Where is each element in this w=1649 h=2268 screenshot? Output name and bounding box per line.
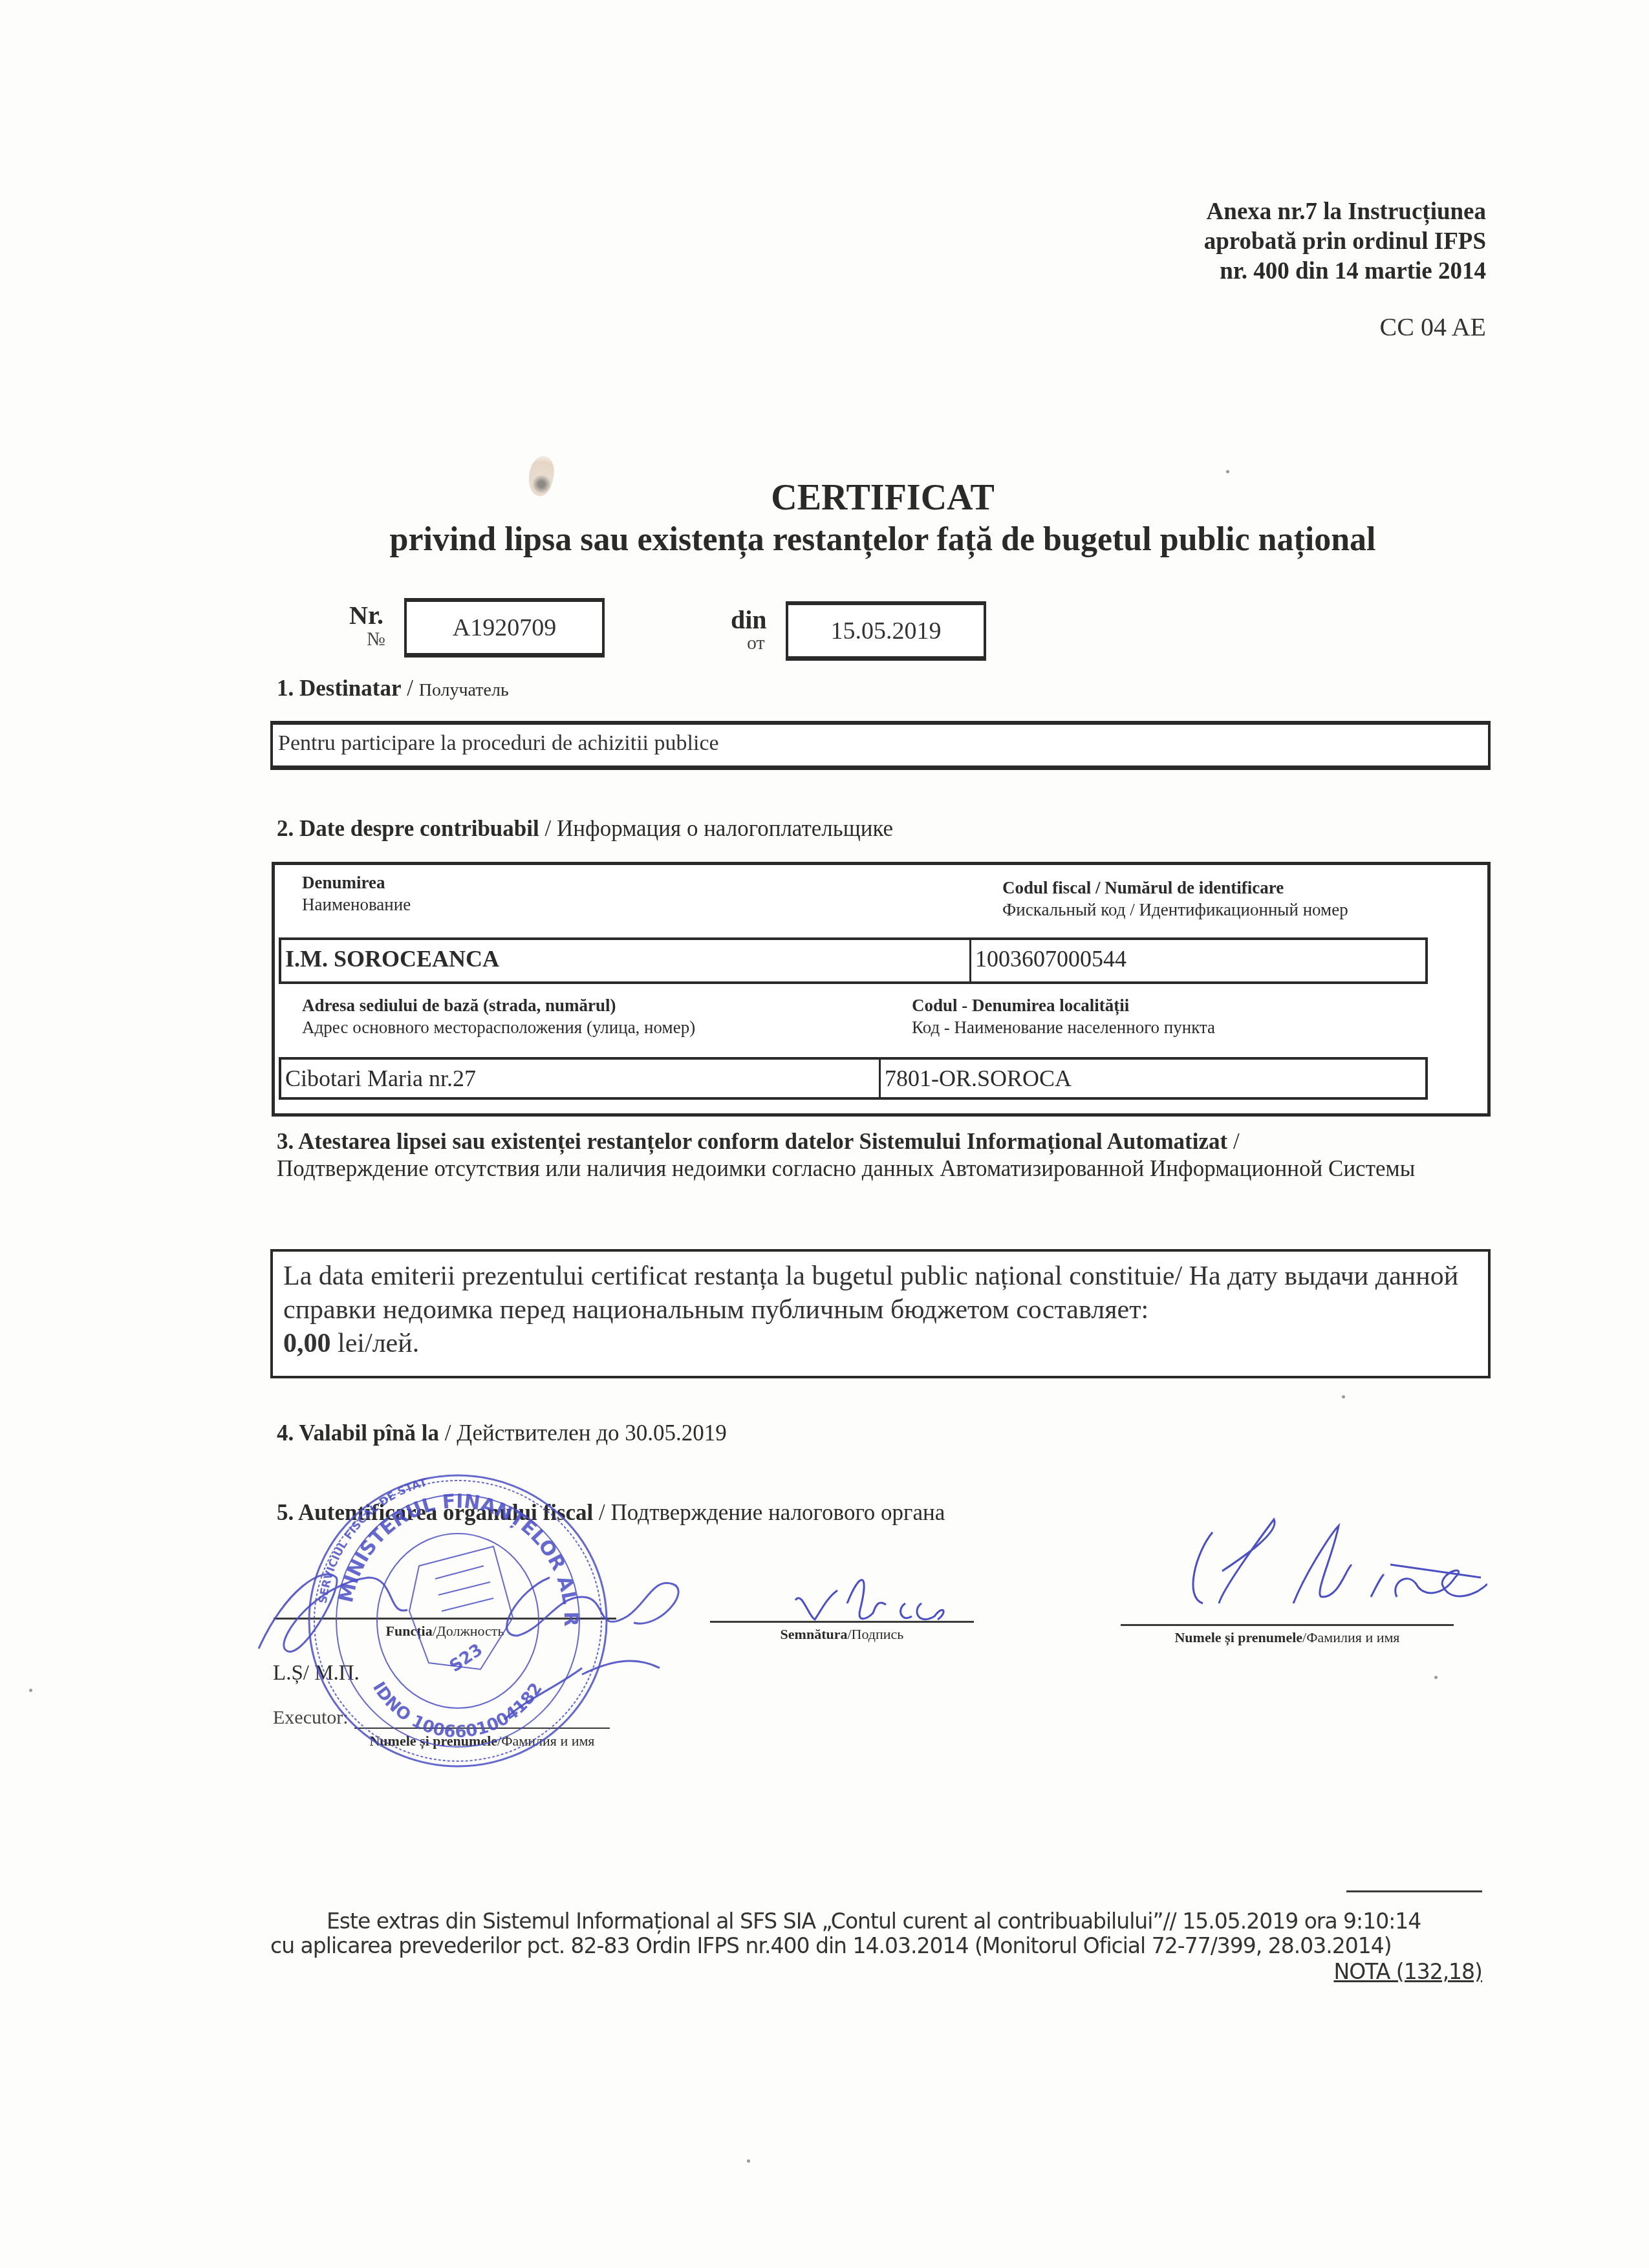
name-line — [1121, 1624, 1454, 1626]
name-label-ro: Denumirea — [302, 872, 411, 893]
footer-note: NOTA (132,18) — [1333, 1959, 1482, 1984]
name-label: Denumirea Наименование — [302, 872, 411, 915]
section-3-title: 3. Atestarea lipsei sau existenței resta… — [277, 1129, 1227, 1154]
scan-speck — [1342, 1395, 1345, 1398]
locality-label-ru: Код - Наименование населенного пункта — [912, 1018, 1215, 1037]
address-label: Adresa sediului de bază (strada, numărul… — [302, 994, 695, 1038]
taxpayer-info-panel: Denumirea Наименование Codul fiscal / Nu… — [272, 862, 1491, 1117]
arrears-statement-box: La data emiterii prezentului certificat … — [270, 1249, 1491, 1378]
form-code: CC 04 AE — [1380, 312, 1486, 342]
footer-line-2: cu aplicarea prevederilor pct. 82-83 Ord… — [270, 1933, 1392, 1958]
section-2-title: 2. Date despre contribuabil — [277, 816, 539, 841]
locality-value: 7801-OR.SOROCA — [881, 1060, 1425, 1097]
annex-reference: Anexa nr.7 la Instrucțiunea aprobată pri… — [1204, 197, 1486, 286]
date-label-ru: от — [747, 632, 765, 654]
valid-until: Действителен до 30.05.2019 — [457, 1420, 727, 1446]
section-1-heading: 1. Destinatar / Получатель — [277, 676, 509, 701]
fiscal-code-label: Codul fiscal / Numărul de identificare Ф… — [1002, 877, 1348, 921]
recipient-value: Pentru participare la proceduri de achiz… — [278, 731, 719, 755]
fiscal-label-ro: Codul fiscal / Numărul de identificare — [1002, 877, 1348, 899]
name-caption: Numele și prenumele/Фамилия и имя — [1121, 1629, 1454, 1646]
document-title: CERTIFICAT — [0, 477, 1649, 519]
locality-label: Codul - Denumirea localității Код - Наим… — [912, 994, 1215, 1038]
recipient-field: Pentru participare la proceduri de achiz… — [270, 721, 1491, 770]
name-label-ru: Наименование — [302, 895, 411, 914]
address-label-ro: Adresa sediului de bază (strada, numărul… — [302, 994, 695, 1016]
document-subtitle: privind lipsa sau existența restanțelor … — [0, 520, 1649, 559]
certificate-number-field: A1920709 — [404, 598, 605, 658]
name-fiscal-row: I.M. SOROCEANCA 1003607000544 — [279, 937, 1428, 984]
section-1-title-ru: Получатель — [419, 680, 509, 700]
section-3-heading: 3. Atestarea lipsei sau existenței resta… — [277, 1128, 1493, 1182]
fiscal-label-ru: Фискальный код / Идентификационный номер — [1002, 900, 1348, 919]
scan-speck — [1226, 470, 1229, 473]
certificate-date-field: 15.05.2019 — [786, 601, 986, 661]
official-signature — [246, 1539, 698, 1720]
locality-label-ro: Codul - Denumirea localității — [912, 994, 1215, 1016]
number-label: Nr. — [349, 600, 383, 630]
section-4-heading: 4. Valabil pînă la / Действителен до 30.… — [277, 1420, 727, 1446]
scan-speck — [29, 1689, 32, 1692]
name-caption-ro: Numele și prenumele — [1174, 1629, 1302, 1645]
certificate-date: 15.05.2019 — [831, 617, 942, 645]
annex-line: nr. 400 din 14 martie 2014 — [1204, 257, 1486, 286]
scan-speck — [747, 2159, 750, 2163]
footer-line-1: Este extras din Sistemul Informațional a… — [327, 1909, 1421, 1934]
date-label: din — [731, 604, 767, 635]
section-4-title: 4. Valabil pînă la — [277, 1420, 439, 1446]
address-locality-row: Cibotari Maria nr.27 7801-OR.SOROCA — [279, 1057, 1428, 1100]
certificate-number: A1920709 — [453, 614, 556, 642]
arrears-statement: La data emiterii prezentului certificat … — [283, 1261, 1458, 1325]
section-5-title-ru: Подтверждение налогового органа — [611, 1500, 945, 1525]
scan-speck — [1434, 1676, 1438, 1679]
fiscal-code: 1003607000544 — [971, 940, 1425, 981]
annex-line: Anexa nr.7 la Instrucțiunea — [1204, 197, 1486, 227]
annex-line: aprobată prin ordinul IFPS — [1204, 227, 1486, 257]
section-1-title: 1. Destinatar — [277, 676, 401, 701]
address-value: Cibotari Maria nr.27 — [281, 1060, 881, 1097]
section-2-heading: 2. Date despre contribuabil / Информация… — [277, 816, 893, 842]
section-2-title-ru: Информация о налогоплательщике — [557, 816, 893, 841]
taxpayer-name: I.M. SOROCEANCA — [281, 940, 971, 981]
address-label-ru: Адрес основного месторасположения (улица… — [302, 1018, 695, 1037]
number-label-ru: № — [367, 628, 385, 650]
name-caption-ru: Фамилия и имя — [1306, 1629, 1399, 1645]
name-signature-ink — [1183, 1506, 1487, 1623]
section-3-title-ru: Подтверждение отсутствия или наличия нед… — [277, 1156, 1415, 1181]
signature-ink — [782, 1565, 976, 1629]
footer-separator — [1346, 1890, 1482, 1892]
arrears-amount: 0,00 — [283, 1329, 331, 1358]
arrears-currency: lei/лей. — [338, 1329, 419, 1358]
